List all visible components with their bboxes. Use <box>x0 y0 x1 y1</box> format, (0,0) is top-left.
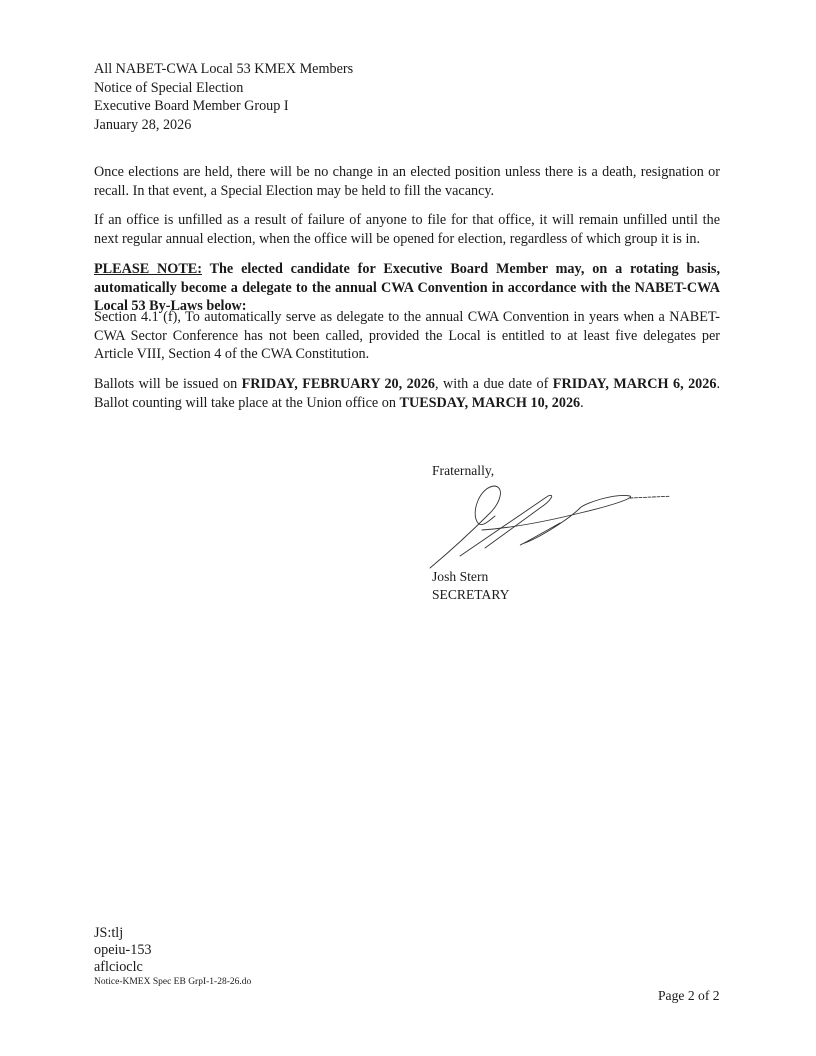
paragraph-bylaws-section: Section 4.1 (f), To automatically serve … <box>94 308 720 364</box>
paragraph-elections-held: Once elections are held, there will be n… <box>94 163 720 200</box>
group-line: Executive Board Member Group I <box>94 97 353 116</box>
page-number: Page 2 of 2 <box>658 988 720 1004</box>
footer-union: opeiu-153 <box>94 942 251 959</box>
ballot-issue-date: FRIDAY, FEBRUARY 20, 2026 <box>242 376 435 392</box>
closing-salutation: Fraternally, <box>432 463 494 479</box>
footer-affiliation: aflcioclc <box>94 959 251 976</box>
signer-name: Josh Stern <box>432 568 509 586</box>
footer-block: JS:tlj opeiu-153 aflcioclc Notice-KMEX S… <box>94 925 251 989</box>
subject-line: Notice of Special Election <box>94 79 353 98</box>
footer-initials: JS:tlj <box>94 925 251 942</box>
letter-header: All NABET-CWA Local 53 KMEX Members Noti… <box>94 60 353 134</box>
paragraph-ballot-dates: Ballots will be issued on FRIDAY, FEBRUA… <box>94 375 720 412</box>
ballot-text: Ballots will be issued on <box>94 376 242 392</box>
document-page: All NABET-CWA Local 53 KMEX Members Noti… <box>0 0 816 1056</box>
recipient-line: All NABET-CWA Local 53 KMEX Members <box>94 60 353 79</box>
footer-filename: Notice-KMEX Spec EB GrpI-1-28-26.do <box>94 976 251 989</box>
signature-image <box>420 478 670 573</box>
signer-block: Josh Stern SECRETARY <box>432 568 509 604</box>
paragraph-unfilled-office: If an office is unfilled as a result of … <box>94 211 720 248</box>
ballot-counting-date: TUESDAY, MARCH 10, 2026 <box>399 395 580 411</box>
ballot-text: . <box>580 395 584 411</box>
ballot-due-date: FRIDAY, MARCH 6, 2026 <box>553 376 717 392</box>
ballot-text: , with a due date of <box>435 376 553 392</box>
letter-date: January 28, 2026 <box>94 116 353 135</box>
please-note-label: PLEASE NOTE: <box>94 261 202 277</box>
signer-title: SECRETARY <box>432 586 509 604</box>
